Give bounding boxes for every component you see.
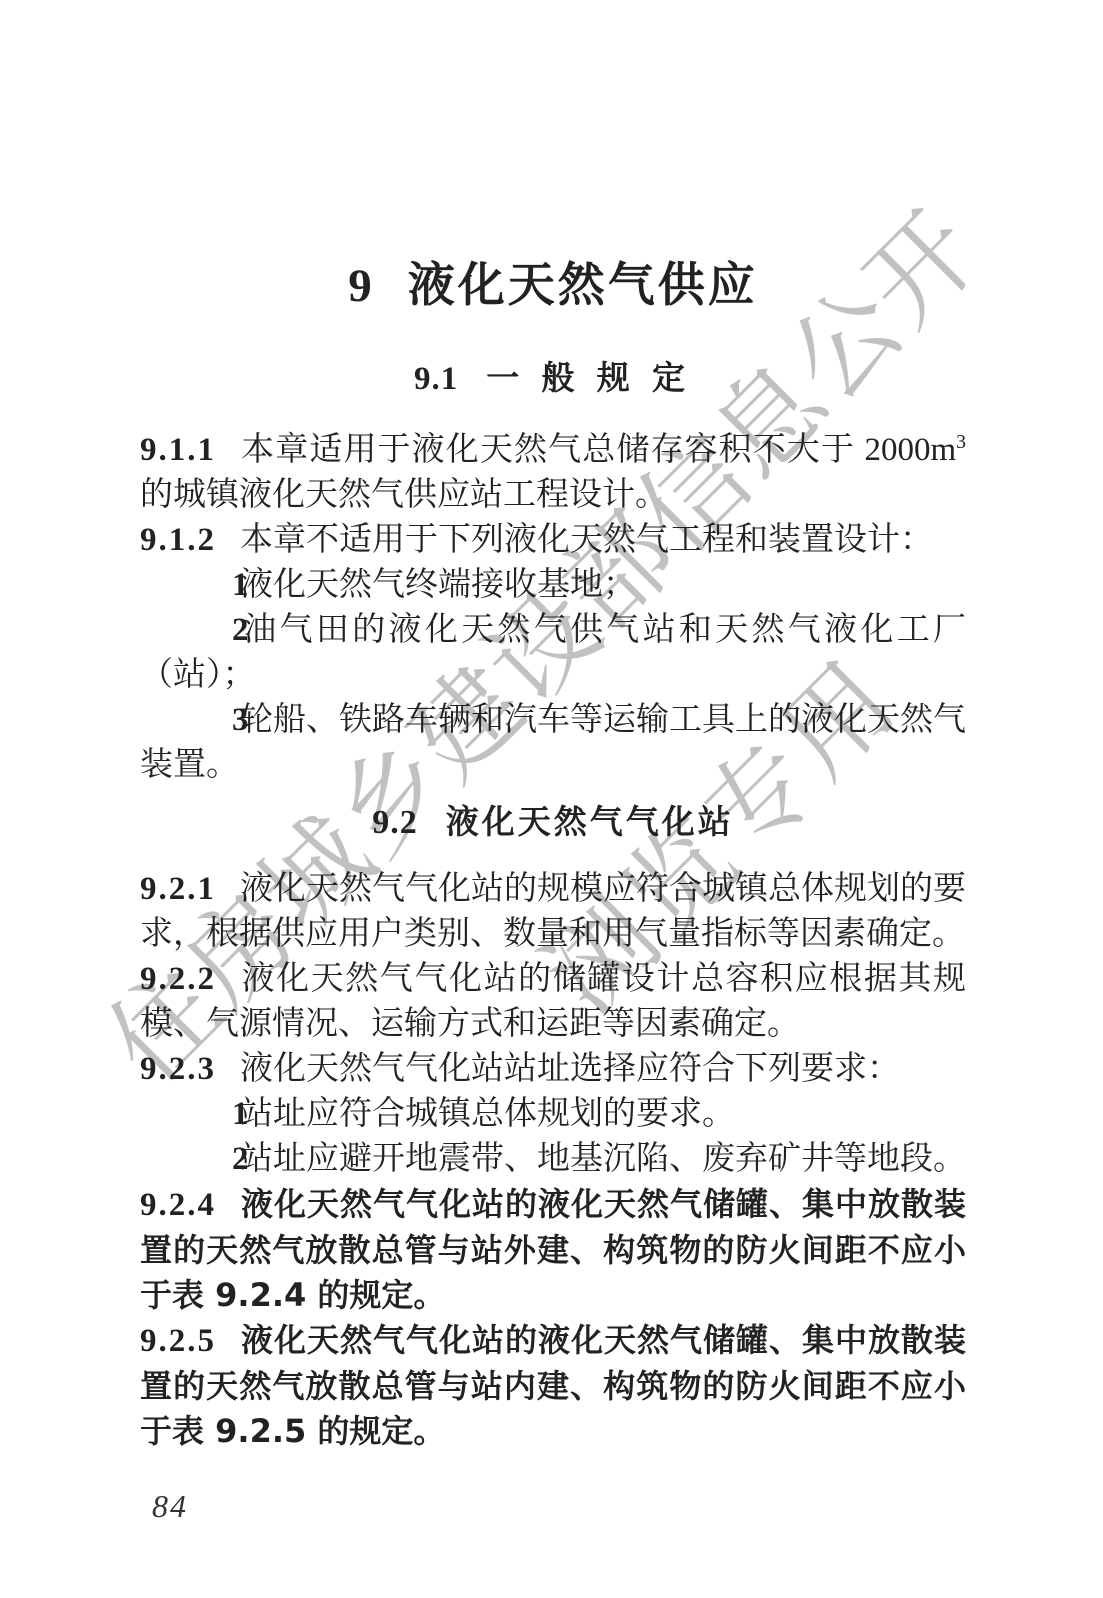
clause-9-2-4: 9.2.4液化天然气气化站的液化天然气储罐、集中放散装置的天然气放散总管与站外建… — [140, 1182, 966, 1318]
section-9-2-title: 液化天然气气化站 — [446, 802, 734, 841]
section-9-1-title: 一 般 规 定 — [486, 361, 692, 397]
item-number: 1 — [186, 563, 240, 608]
section-heading-9-1: 9.1一 般 规 定 — [140, 358, 966, 400]
item-number: 1 — [186, 1092, 240, 1137]
item-text: 站址应避开地震带、地基沉陷、废弃矿井等地段。 — [240, 1141, 966, 1177]
item-number: 2 — [186, 1137, 240, 1182]
list-item: 2油气田的液化天然气供气站和天然气液化工厂（站）； — [140, 608, 966, 698]
clause-number: 9.2.4 — [140, 1183, 240, 1228]
clause-text: 液化天然气气化站的液化天然气储罐、集中放散装置的天然气放散总管与站外建、构筑物的… — [140, 1185, 966, 1314]
superscript-cubed: 3 — [956, 431, 966, 453]
section-heading-9-2: 9.2液化天然气气化站 — [140, 802, 966, 843]
clause-number: 9.1.1 — [140, 428, 240, 473]
document-page: 住房城乡建设部信息公开 浏览专用 9液化天然气供应 9.1一 般 规 定 9.1… — [0, 0, 1103, 1598]
list-item: 1液化天然气终端接收基地； — [140, 563, 966, 608]
clause-9-2-5: 9.2.5液化天然气气化站的液化天然气储罐、集中放散装置的天然气放散总管与站内建… — [140, 1318, 966, 1454]
clause-text: 本章不适用于下列液化天然气工程和装置设计： — [240, 522, 933, 558]
clause-text: 液化天然气气化站站址选择应符合下列要求： — [240, 1051, 900, 1087]
chapter-number: 9 — [348, 260, 372, 312]
page-number: 84 — [152, 1488, 188, 1525]
clause-text: 液化天然气气化站的液化天然气储罐、集中放散装置的天然气放散总管与站内建、构筑物的… — [140, 1321, 966, 1450]
list-item: 3轮船、铁路车辆和汽车等运输工具上的液化天然气装置。 — [140, 698, 966, 788]
clause-text: 本章适用于液化天然气总储存容积不大于 2000m — [240, 432, 956, 468]
clause-9-1-1: 9.1.1本章适用于液化天然气总储存容积不大于 2000m3 的城镇液化天然气供… — [140, 428, 966, 518]
item-text: 液化天然气终端接收基地； — [240, 567, 636, 603]
clause-number: 9.2.3 — [140, 1047, 240, 1092]
chapter-title: 9液化天然气供应 — [140, 0, 966, 314]
item-text: 站址应符合城镇总体规划的要求。 — [240, 1096, 735, 1132]
chapter-title-text: 液化天然气供应 — [408, 260, 758, 312]
section-9-1-number: 9.1 — [414, 361, 458, 397]
item-text: 油气田的液化天然气供气站和天然气液化工厂（站）； — [140, 612, 966, 693]
clause-number: 9.2.1 — [140, 867, 240, 912]
list-item: 1站址应符合城镇总体规划的要求。 — [140, 1092, 966, 1137]
item-number: 3 — [186, 698, 240, 743]
clause-number: 9.2.2 — [140, 957, 240, 1002]
clause-9-2-1: 9.2.1液化天然气气化站的规模应符合城镇总体规划的要求，根据供应用户类别、数量… — [140, 867, 966, 957]
clause-text: 液化天然气气化站的储罐设计总容积应根据其规模、气源情况、运输方式和运距等因素确定… — [140, 961, 966, 1042]
page-content: 9液化天然气供应 9.1一 般 规 定 9.1.1本章适用于液化天然气总储存容积… — [140, 0, 966, 1454]
clause-text: 液化天然气气化站的规模应符合城镇总体规划的要求，根据供应用户类别、数量和用气量指… — [140, 871, 966, 952]
item-text: 轮船、铁路车辆和汽车等运输工具上的液化天然气装置。 — [140, 702, 966, 783]
clause-number: 9.2.5 — [140, 1319, 240, 1364]
list-item: 2站址应避开地震带、地基沉陷、废弃矿井等地段。 — [140, 1137, 966, 1182]
clause-9-2-2: 9.2.2液化天然气气化站的储罐设计总容积应根据其规模、气源情况、运输方式和运距… — [140, 957, 966, 1047]
clause-9-1-2: 9.1.2本章不适用于下列液化天然气工程和装置设计： — [140, 518, 966, 563]
item-number: 2 — [186, 608, 240, 653]
clause-9-2-3: 9.2.3液化天然气气化站站址选择应符合下列要求： — [140, 1047, 966, 1092]
clause-number: 9.1.2 — [140, 518, 240, 563]
clause-text: 的城镇液化天然气供应站工程设计。 — [140, 477, 668, 513]
section-9-2-number: 9.2 — [372, 804, 418, 841]
